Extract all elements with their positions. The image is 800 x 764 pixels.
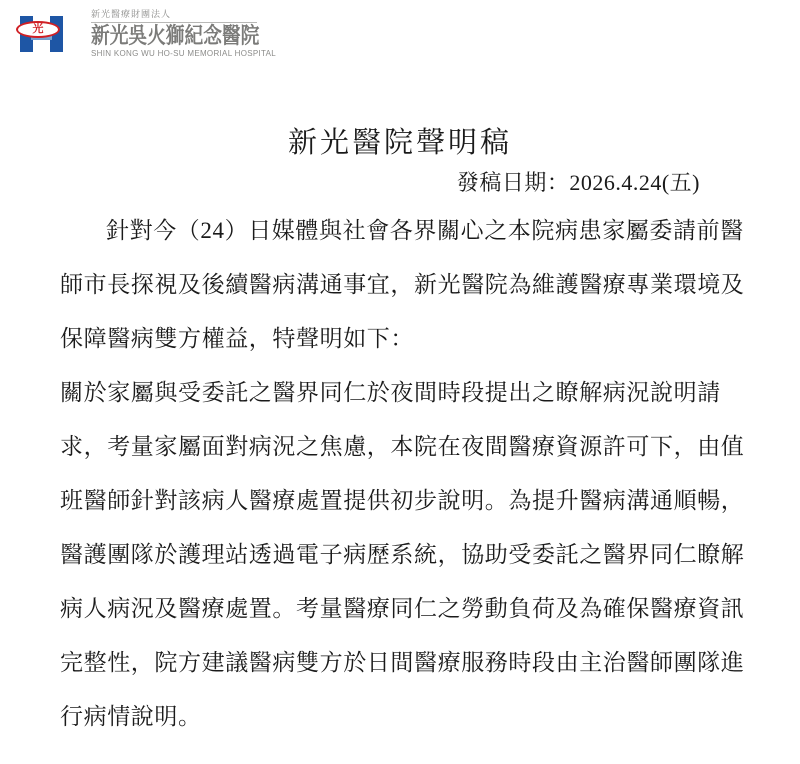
body-line: 醫護團隊於護理站透過電子病歷系統，協助受委託之醫界同仁瞭解 [60, 525, 760, 579]
body-line: 保障醫病雙方權益，特聲明如下： [60, 309, 760, 363]
hospital-name-en: SHIN KONG WU HO-SU MEMORIAL HOSPITAL [91, 49, 289, 59]
statement-title: 新光醫院聲明稿 [0, 124, 800, 162]
body-line: 班醫師針對該病人醫療處置提供初步說明。為提升醫病溝通順暢， [60, 471, 760, 525]
body-line: 關於家屬與受委託之醫界同仁於夜間時段提出之瞭解病況說明請 [60, 363, 760, 417]
logo-text-block: 新光醫療財團法人 新光吳火獅紀念醫院 SHIN KONG WU HO-SU ME… [91, 8, 289, 59]
body-line: 完整性，院方建議醫病雙方於日間醫療服務時段由主治醫師團隊進 [60, 633, 760, 687]
release-date: 發稿日期：2026.4.24(五) [457, 169, 700, 197]
statement-page: 光 新光醫療財團法人 新光吳火獅紀念醫院 SHIN KONG WU HO-SU … [0, 0, 800, 764]
hospital-logo: 光 新光醫療財團法人 新光吳火獅紀念醫院 SHIN KONG WU HO-SU … [14, 8, 289, 60]
organization-type-label: 新光醫療財團法人 [91, 9, 257, 23]
sun-emblem-icon: 光 [16, 21, 60, 38]
body-line: 行病情說明。 [60, 687, 760, 741]
hospital-name-zh: 新光吳火獅紀念醫院 [91, 24, 259, 48]
hospital-h-mark-icon: 光 [14, 8, 80, 60]
statement-body: 針對今（24）日媒體與社會各界關心之本院病患家屬委請前醫 師市長探視及後續醫病溝… [60, 201, 760, 741]
body-line: 針對今（24）日媒體與社會各界關心之本院病患家屬委請前醫 [60, 201, 760, 255]
body-line: 病人病況及醫療處置。考量醫療同仁之勞動負荷及為確保醫療資訊 [60, 579, 760, 633]
body-line: 求，考量家屬面對病況之焦慮，本院在夜間醫療資源許可下，由值 [60, 417, 760, 471]
emblem-character: 光 [33, 24, 44, 35]
body-line: 師市長探視及後續醫病溝通事宜，新光醫院為維護醫療專業環境及 [60, 255, 760, 309]
